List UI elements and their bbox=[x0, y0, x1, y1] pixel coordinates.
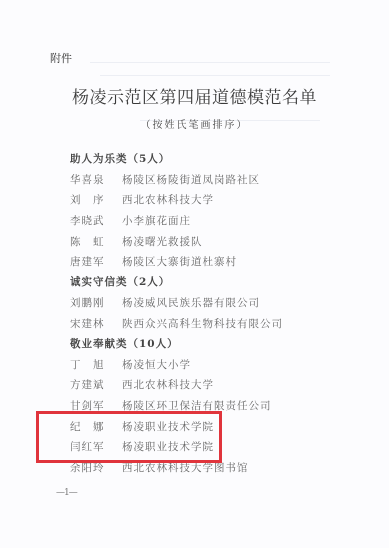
organization: 杨陵区大寨街道杜寨村 bbox=[122, 254, 237, 269]
list-item: 陈 虹杨凌曙光救援队 bbox=[70, 234, 203, 249]
person-name: 华喜泉 bbox=[70, 172, 122, 187]
person-name: 唐建军 bbox=[70, 254, 122, 269]
bleed-through-line bbox=[100, 75, 330, 76]
organization: 杨凌曙光救援队 bbox=[122, 234, 203, 249]
organization: 杨凌恒大小学 bbox=[122, 357, 191, 372]
list-item: 李晓武小李旗花面庄 bbox=[70, 213, 191, 228]
organization: 西北农林科技大学 bbox=[122, 192, 214, 207]
list-item: 华喜泉杨陵区杨陵街道凤岗路社区 bbox=[70, 172, 260, 187]
organization: 杨凌威风民族乐器有限公司 bbox=[122, 295, 260, 310]
section-heading: 诚实守信类（2人） bbox=[70, 274, 170, 289]
section-heading: 助人为乐类（5人） bbox=[70, 151, 170, 166]
organization: 西北农林科技大学 bbox=[122, 377, 214, 392]
list-item: 刘 序西北农林科技大学 bbox=[70, 192, 214, 207]
organization: 杨陵区杨陵街道凤岗路社区 bbox=[122, 172, 260, 187]
page-number: —1— bbox=[56, 488, 77, 498]
document-subtitle: （按姓氏笔画排序） bbox=[0, 116, 389, 131]
person-name: 宋建林 bbox=[70, 316, 122, 331]
attachment-label: 附件 bbox=[50, 50, 72, 66]
document-page: 附件 杨凌示范区第四届道德模范名单 （按姓氏笔画排序） 助人为乐类（5人） 华喜… bbox=[0, 0, 389, 548]
organization: 陕西众兴高科生物科技有限公司 bbox=[122, 316, 283, 331]
list-item: 唐建军杨陵区大寨街道杜寨村 bbox=[70, 254, 237, 269]
person-name: 李晓武 bbox=[70, 213, 122, 228]
section-heading: 敬业奉献类（10人） bbox=[70, 336, 179, 351]
red-highlight-box bbox=[36, 411, 222, 463]
organization: 小李旗花面庄 bbox=[122, 213, 191, 228]
person-name: 刘鹏刚 bbox=[70, 295, 122, 310]
list-item: 刘鹏刚杨凌威风民族乐器有限公司 bbox=[70, 295, 260, 310]
list-item: 方建斌西北农林科技大学 bbox=[70, 377, 214, 392]
bleed-through-line bbox=[90, 62, 330, 63]
person-name: 丁 旭 bbox=[70, 357, 122, 372]
document-title: 杨凌示范区第四届道德模范名单 bbox=[0, 83, 389, 108]
list-item: 丁 旭杨凌恒大小学 bbox=[70, 357, 191, 372]
person-name: 方建斌 bbox=[70, 377, 122, 392]
person-name: 陈 虹 bbox=[70, 234, 122, 249]
person-name: 刘 序 bbox=[70, 192, 122, 207]
list-item: 宋建林陕西众兴高科生物科技有限公司 bbox=[70, 316, 283, 331]
